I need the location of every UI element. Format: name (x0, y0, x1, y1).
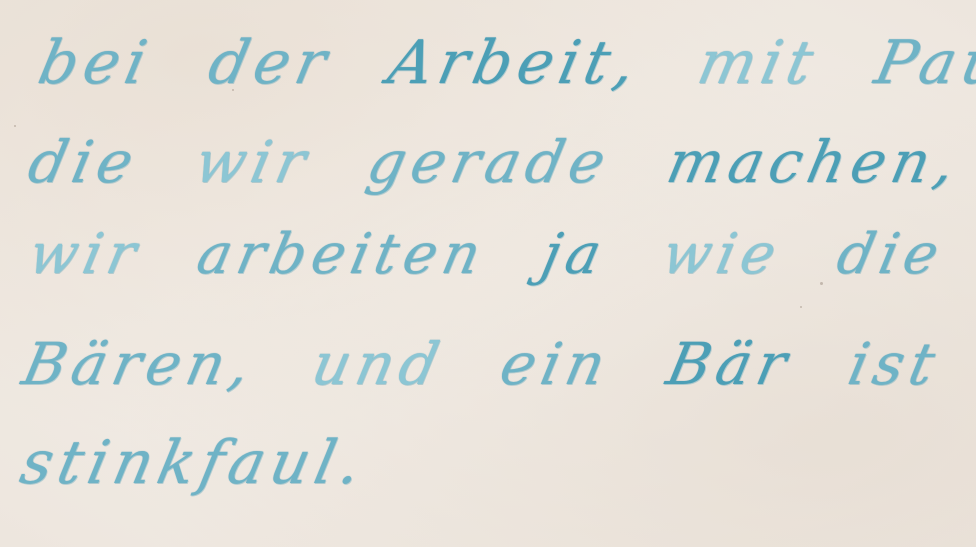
word: die (831, 222, 950, 287)
word: der (203, 28, 338, 98)
word: wir (189, 128, 317, 196)
word: gerade (362, 128, 618, 196)
word: Bär (661, 330, 798, 398)
word: ist (843, 330, 947, 398)
word: und (306, 330, 450, 398)
word: machen, (661, 128, 967, 196)
handwriting-line-2: die wir gerade machen, (23, 128, 976, 196)
word: bei (33, 28, 159, 98)
handwriting-line-1: bei der Arbeit, mit Pause (33, 28, 976, 98)
word: wir (23, 222, 147, 287)
handwriting-line-5: stinkfaul. (15, 428, 408, 498)
word: wie (657, 222, 788, 287)
handwriting-line-4: Bären, und ein Bär ist (17, 330, 976, 398)
word: ein (495, 330, 618, 398)
word: mit (692, 28, 825, 98)
word: Arbeit, (382, 28, 647, 98)
handwritten-note-card: bei der Arbeit, mit Pause die wir gerade… (0, 0, 976, 547)
word: ja (536, 222, 613, 287)
handwriting-line-3: wir arbeiten ja wie die (23, 222, 976, 287)
paper-speck (14, 125, 16, 127)
word: die (23, 128, 145, 196)
word: stinkfaul. (15, 428, 374, 498)
word: Pause (869, 28, 976, 98)
word: arbeiten (192, 222, 493, 287)
word: Bären, (17, 330, 263, 398)
paper-speck (800, 306, 802, 308)
